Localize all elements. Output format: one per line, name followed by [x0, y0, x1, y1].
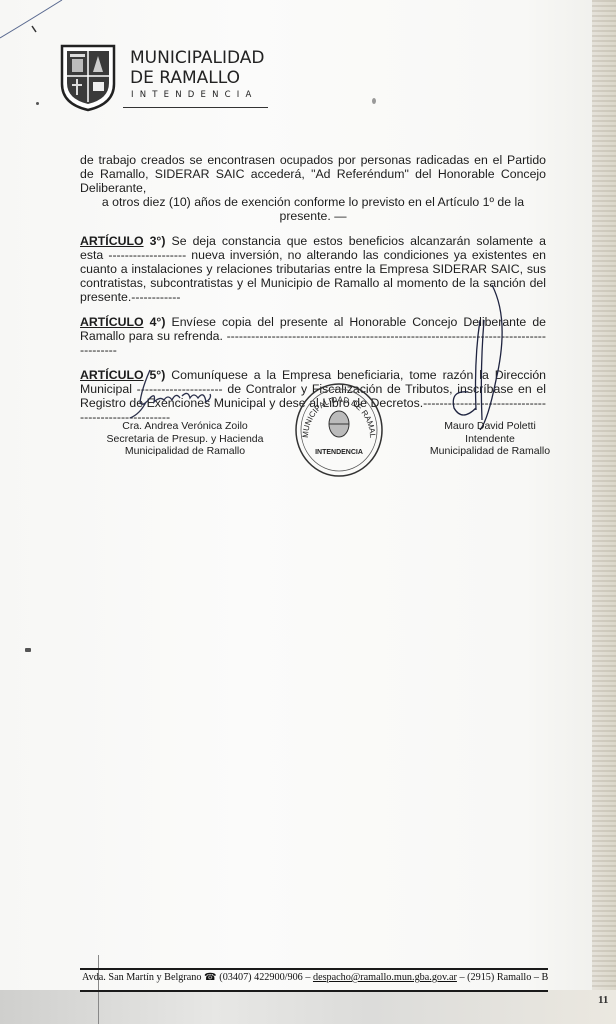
signer-name: Mauro David Poletti	[410, 420, 570, 433]
scan-speck	[25, 648, 31, 652]
page-number: 11	[598, 996, 608, 1004]
signer-name: Cra. Andrea Verónica Zoilo	[95, 420, 275, 433]
municipal-crest-icon	[60, 44, 116, 112]
signer-org: Municipalidad de Ramallo	[410, 445, 570, 458]
signature-zoilo	[120, 368, 230, 424]
letterhead: MUNICIPALIDAD DE RAMALLO INTENDENCIA	[58, 40, 318, 120]
org-subtitle: INTENDENCIA	[131, 90, 258, 100]
svg-text:INTENDENCIA: INTENDENCIA	[315, 449, 363, 456]
scan-speck	[372, 98, 376, 104]
signer-title: Intendente	[410, 433, 570, 446]
signer-title: Secretaria de Presup. y Hacienda	[95, 433, 275, 446]
continuation-paragraph: de trabajo creados se encontrasen ocupad…	[80, 153, 546, 223]
org-name: MUNICIPALIDAD DE RAMALLO	[130, 48, 265, 88]
footer-phone: (03407) 422900/906	[219, 972, 302, 983]
scan-shadow	[0, 990, 616, 1024]
footer-email-link[interactable]: despacho@ramallo.mun.gba.gov.ar	[313, 972, 457, 983]
document-page: MUNICIPALIDAD DE RAMALLO INTENDENCIA de …	[0, 0, 616, 1024]
intendencia-seal-icon: MUNICIPALIDAD DE RAMALLO INTENDENCIA	[294, 382, 384, 478]
pen-mark	[0, 0, 70, 40]
footer-postal: – (2915) Ramallo – Bs. As.	[457, 972, 548, 983]
footer-address: Avda. San Martín y Belgrano	[82, 972, 202, 983]
header-rule	[123, 107, 268, 108]
telephone-icon: ☎	[204, 972, 217, 983]
signature-block-right: Mauro David Poletti Intendente Municipal…	[410, 420, 570, 458]
signature-block-left: Cra. Andrea Verónica Zoilo Secretaria de…	[95, 420, 275, 458]
signer-org: Municipalidad de Ramallo	[95, 445, 275, 458]
signature-poletti	[440, 280, 520, 430]
scan-speck	[36, 102, 39, 105]
scanned-page-edge	[592, 0, 616, 1024]
letterhead-footer: Avda. San Martín y Belgrano ☎ (03407) 42…	[80, 968, 548, 992]
